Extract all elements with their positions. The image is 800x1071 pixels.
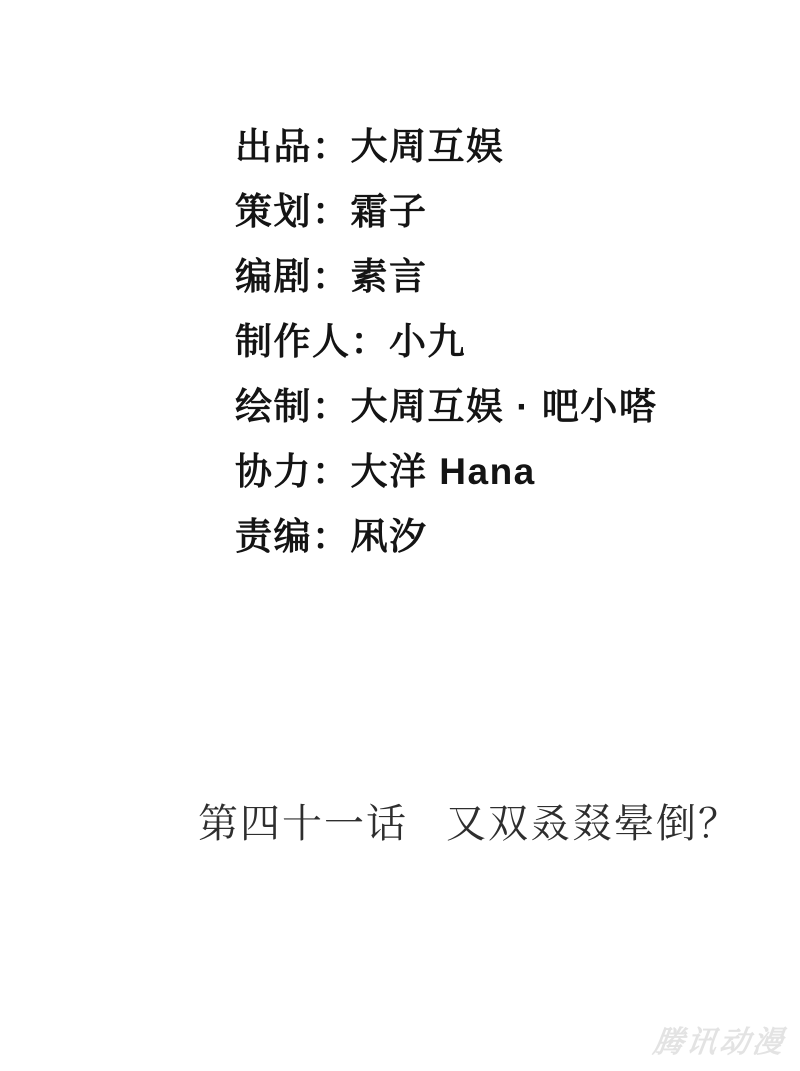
credit-value: 大周互娱 (351, 126, 505, 167)
credit-value: 大周互娱 · 吧小嗒 (351, 386, 658, 427)
credit-line-editor: 责编：凩汐 (235, 504, 657, 569)
credit-line-producer: 出品：大周互娱 (235, 114, 657, 179)
credit-separator: ： (312, 256, 351, 297)
credit-value: 凩汐 (351, 516, 428, 557)
credit-label: 出品 (235, 126, 312, 167)
chapter-number: 第四十一话 (198, 802, 408, 846)
credit-value: 小九 (389, 321, 466, 362)
credit-label: 制作人 (235, 321, 351, 362)
credits-block: 出品：大周互娱 策划：霜子 编剧：素言 制作人：小九 绘制：大周互娱 · 吧小嗒… (235, 114, 657, 569)
credit-label: 策划 (235, 191, 312, 232)
credit-label: 责编 (235, 516, 312, 557)
credit-separator: ： (351, 321, 390, 362)
credit-separator: ： (312, 191, 351, 232)
credit-line-assistance: 协力：大洋 Hana (235, 439, 657, 504)
credit-line-production-manager: 制作人：小九 (235, 309, 657, 374)
credit-value: 素言 (351, 256, 428, 297)
credit-line-art: 绘制：大周互娱 · 吧小嗒 (235, 374, 657, 439)
credit-label: 绘制 (235, 386, 312, 427)
credit-line-planning: 策划：霜子 (235, 179, 657, 244)
chapter-name: 又双叒叕晕倒？ (446, 802, 740, 846)
comic-credits-page: 出品：大周互娱 策划：霜子 编剧：素言 制作人：小九 绘制：大周互娱 · 吧小嗒… (0, 0, 800, 1071)
credit-separator: ： (312, 386, 351, 427)
credit-separator: ： (312, 126, 351, 167)
credit-value: 大洋 Hana (351, 451, 536, 492)
credit-separator: ： (312, 451, 351, 492)
credit-label: 编剧 (235, 256, 312, 297)
credit-label: 协力 (235, 451, 312, 492)
credit-separator: ： (312, 516, 351, 557)
tencent-comics-watermark: 腾讯动漫 (651, 1017, 789, 1061)
chapter-title: 第四十一话又双叒叕晕倒？ (198, 792, 740, 849)
credit-value: 霜子 (351, 191, 428, 232)
credit-line-screenwriter: 编剧：素言 (235, 244, 657, 309)
